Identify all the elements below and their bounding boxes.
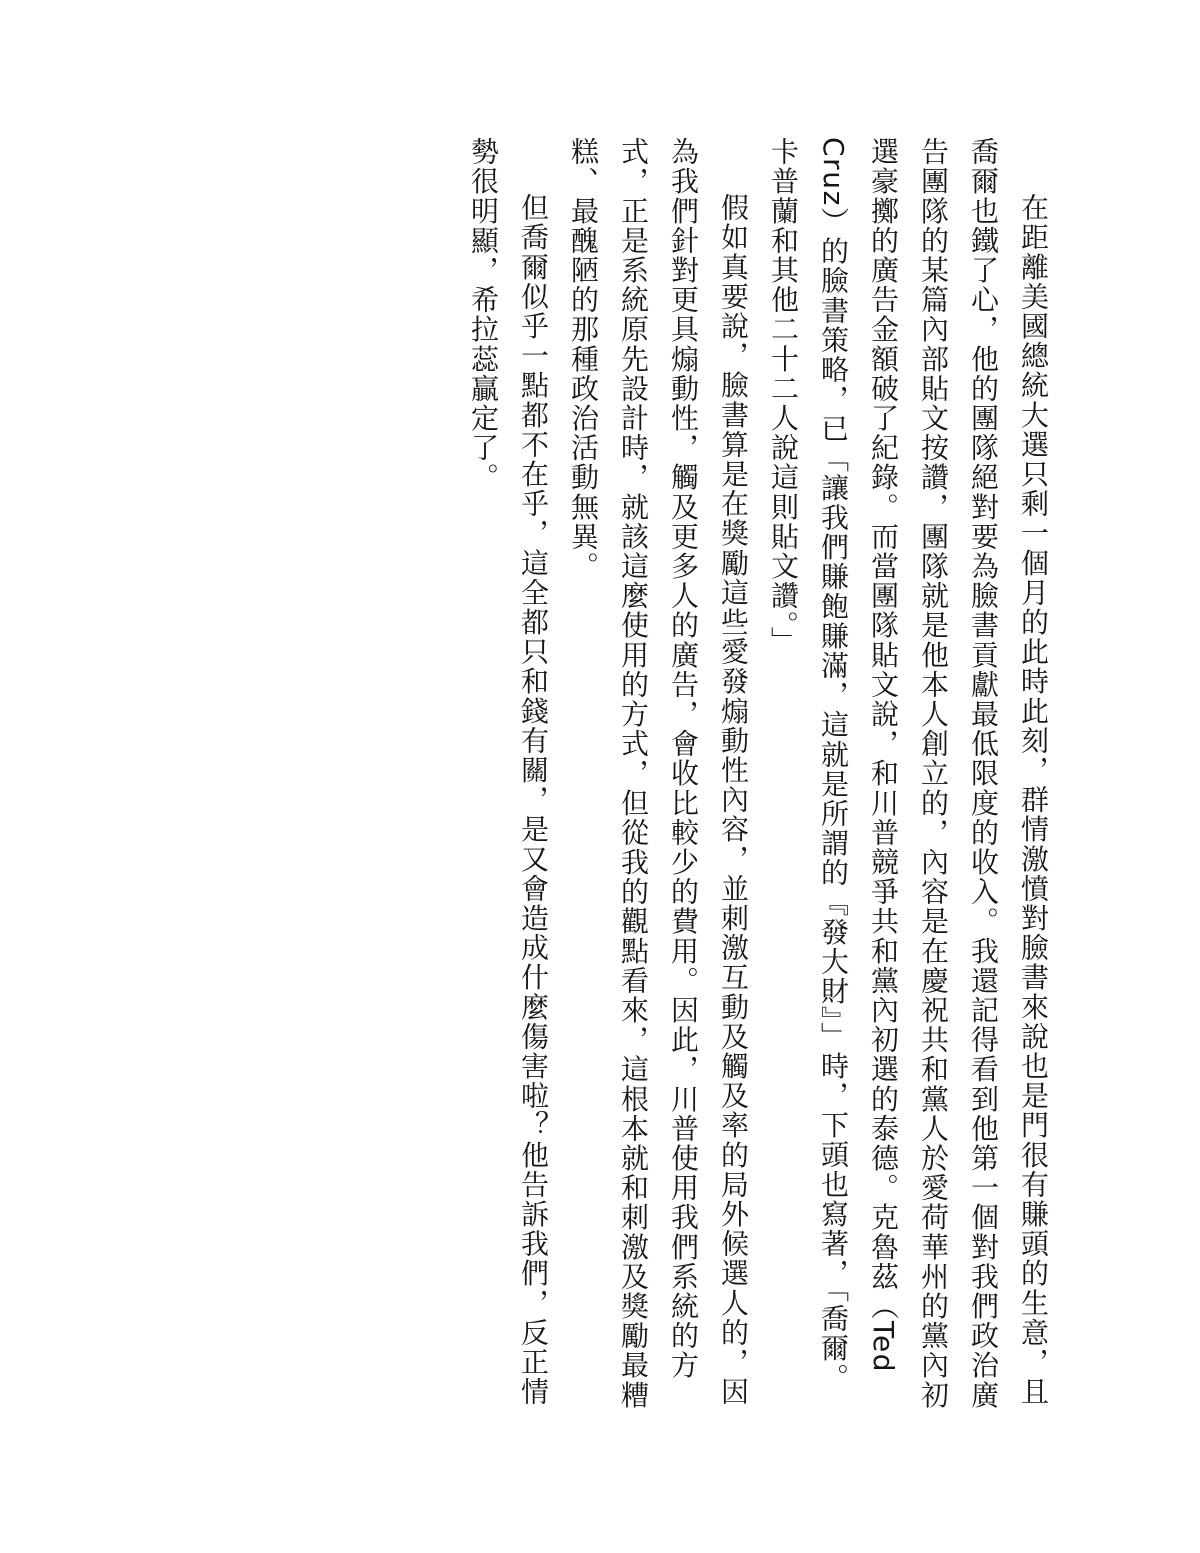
vertical-text-block: 在距離美國總統大選只剩一個月的此時此刻，群情激憤對臉書來說也是門很有賺頭的生意，…: [458, 137, 1058, 1413]
paragraph-3: 但喬爾似乎一點都不在乎，這全都只和錢有關，是又會造成什麼傷害啦？他告訴我們，反正…: [458, 137, 558, 1413]
paragraph-2: 假如真要說，臉書算是在獎勵這些愛發煽動性內容，並刺激互動及觸及率的局外候選人的，…: [558, 137, 758, 1413]
paragraph-1: 在距離美國總統大選只剩一個月的此時此刻，群情激憤對臉書來說也是門很有賺頭的生意，…: [758, 137, 1058, 1413]
book-page: 在距離美國總統大選只剩一個月的此時此刻，群情激憤對臉書來說也是門很有賺頭的生意，…: [0, 0, 1200, 1553]
